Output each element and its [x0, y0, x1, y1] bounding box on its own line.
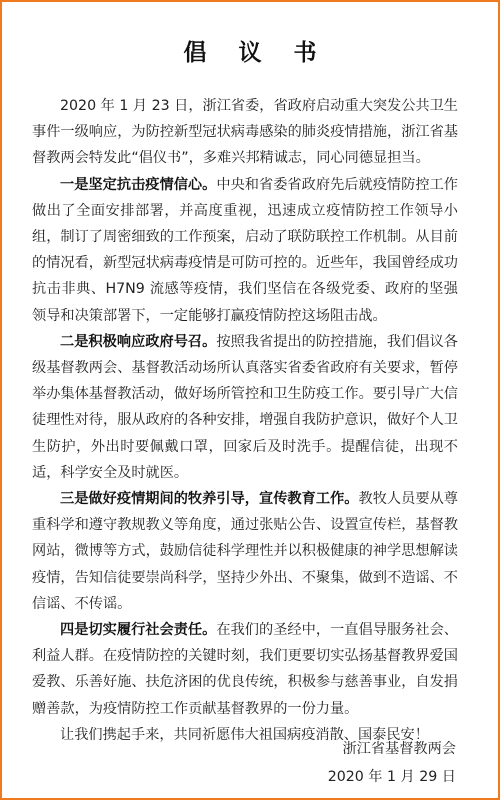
- paragraph-intro: 2020 年 1 月 23 日，浙江省委，省政府启动重大突发公共卫生事件一级响应…: [32, 93, 458, 172]
- signature-organization: 浙江省基督教两会: [342, 738, 456, 758]
- paragraph-heading: 四是切实履行社会责任。: [60, 622, 216, 638]
- paragraph-4: 四是切实履行社会责任。在我们的圣经中，一直倡导服务社会、利益人群。在疫情防控的关…: [32, 617, 458, 722]
- paragraph-text: 中央和省委省政府先后就疫情防控工作做出了全面安排部署，并高度重视，迅速成立疫情防…: [32, 177, 458, 324]
- paragraph-text: 2020 年 1 月 23 日，浙江省委，省政府启动重大突发公共卫生事件一级响应…: [32, 98, 458, 166]
- paragraph-1: 一是坚定抗击疫情信心。中央和省委省政府先后就疫情防控工作做出了全面安排部署，并高…: [32, 172, 458, 329]
- paragraph-3: 三是做好疫情期间的牧养引导，宣传教育工作。教牧人员要从尊重科学和遵守教规教义等角…: [32, 486, 458, 617]
- signature-date: 2020 年 1 月 29 日: [328, 766, 456, 786]
- paragraph-text: 教牧人员要从尊重科学和遵守教规教义等角度，通过张贴公告、设置宣传栏，基督教网站，…: [32, 491, 458, 612]
- document-title: 倡 议 书: [0, 34, 500, 67]
- paragraph-heading: 二是积极响应政府号召。: [60, 334, 216, 350]
- paragraph-text: 按照我省提出的防控措施，我们倡议各级基督教两会、基督教活动场所认真落实省委省政府…: [32, 334, 458, 481]
- paragraph-2: 二是积极响应政府号召。按照我省提出的防控措施，我们倡议各级基督教两会、基督教活动…: [32, 329, 458, 486]
- document-body: 2020 年 1 月 23 日，浙江省委，省政府启动重大突发公共卫生事件一级响应…: [32, 93, 458, 748]
- paragraph-heading: 三是做好疫情期间的牧养引导，宣传教育工作。: [60, 491, 359, 507]
- paragraph-heading: 一是坚定抗击疫情信心。: [60, 177, 216, 193]
